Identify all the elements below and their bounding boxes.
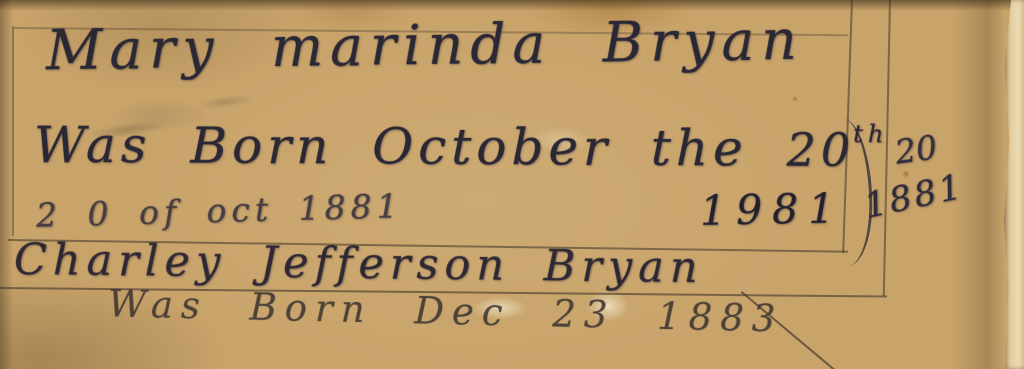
birth-day-number: 20	[786, 123, 855, 177]
name-line: Mary marinda Bryan	[46, 13, 804, 79]
date-notation-line: 2 0 of oct 1881	[36, 189, 403, 232]
frame-left-line	[12, 26, 14, 236]
birth-day-superscript: th	[853, 120, 888, 148]
margin-day-note: 20	[893, 130, 939, 169]
birth-date-text: Was Born October the	[34, 116, 748, 178]
birth-date-line: Was Born October the 20th	[34, 120, 891, 174]
year-notation: 1981	[700, 189, 845, 233]
document-photo: Mary marinda Bryan Was Born October the …	[0, 0, 1024, 369]
